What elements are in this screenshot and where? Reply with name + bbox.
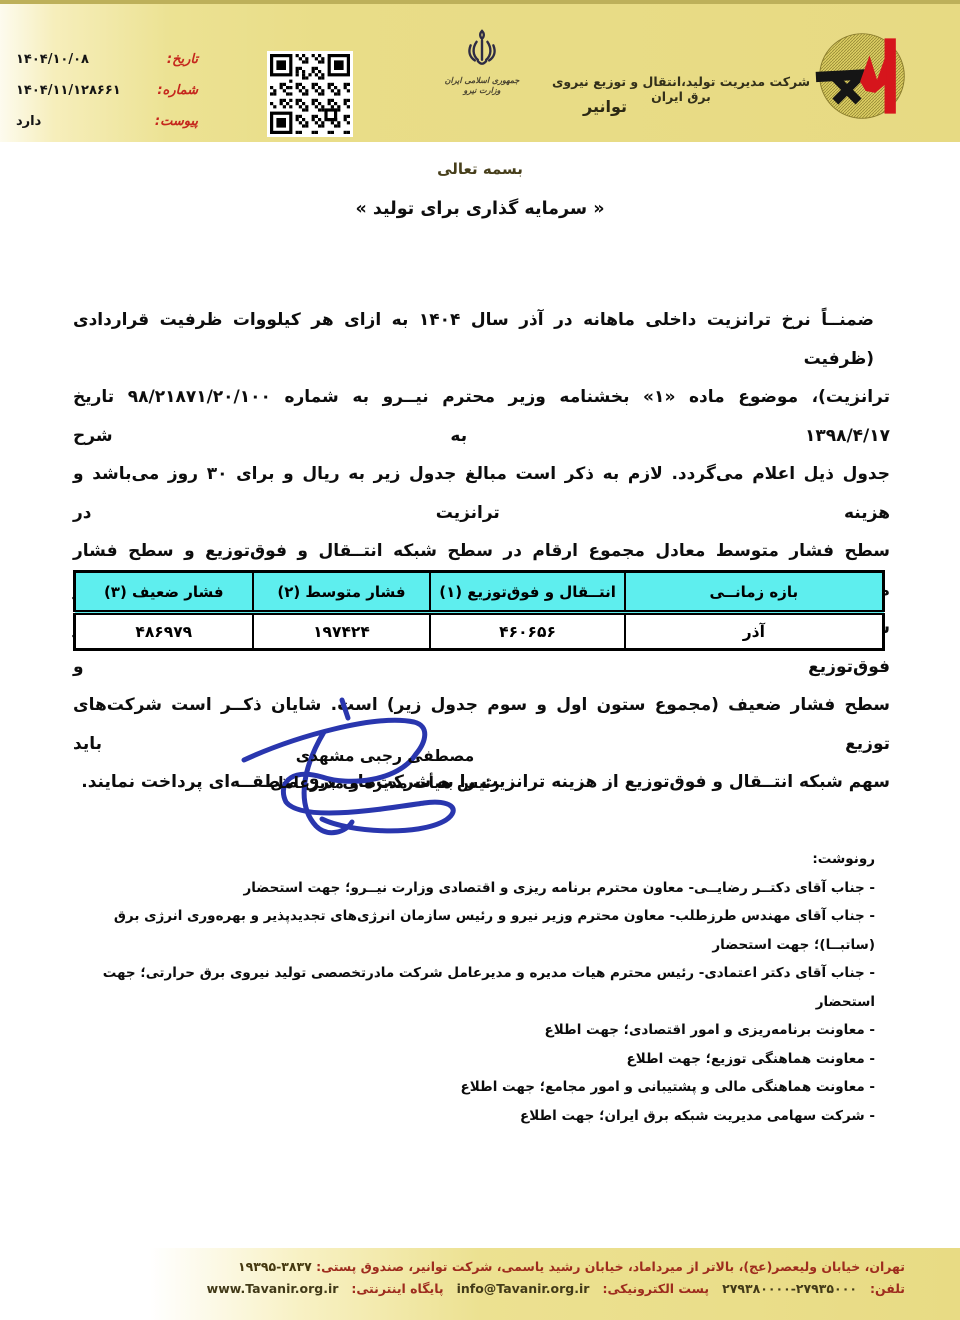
cc-item: - جناب آقای مهندس طرزطلب- معاون محترم وز… — [55, 902, 875, 959]
postal-code: ۱۹۳۹۵-۳۸۳۷ — [238, 1259, 312, 1274]
cc-item: - معاونت هماهنگی توزیع؛ جهت اطلاع — [55, 1045, 875, 1074]
emblem-caption-2: وزارت نیرو — [432, 86, 532, 96]
phone-value: ۲۷۹۳۸۰۰۰۰-۲۷۹۳۵۰۰۰ — [722, 1281, 857, 1296]
tariff-table: بازه زمانــی انتــقال و فوق‌توزیع (۱) فش… — [73, 570, 885, 651]
emblem-caption-1: جمهوری اسلامی ایران — [432, 76, 532, 86]
signature-block: مصطفی رجبی مشهدی رئیس هیأت مدیره و مدیرع… — [235, 747, 535, 792]
table-header-medium: فشار متوسط (۲) — [253, 572, 431, 613]
footer-band: تهران، خیابان ولیعصر(عج)، بالاتر از میرد… — [0, 1248, 960, 1320]
contact-line: تلفن: ۲۷۹۳۸۰۰۰۰-۲۷۹۳۵۰۰۰ پست الکترونیکی:… — [0, 1281, 905, 1296]
cc-item: - شرکت سهامی مدیریت شبکه برق ایران؛ جهت … — [55, 1102, 875, 1131]
qr-code — [267, 51, 353, 137]
cc-item: - جناب آقای دکتــر رضایــی- معاون محترم … — [55, 874, 875, 903]
letter-meta-fields: تاریخ: ۱۴۰۴/۱۰/۰۸ شماره: ۱۴۰۴/۱۱/۱۲۸۶۶۱ … — [16, 44, 198, 137]
table-header-low: فشار ضعیف (۳) — [75, 572, 253, 613]
date-field: تاریخ: ۱۴۰۴/۱۰/۰۸ — [16, 44, 198, 75]
iran-emblem-icon — [464, 26, 500, 72]
table-header-period: بازه زمانــی — [625, 572, 884, 613]
national-emblem: جمهوری اسلامی ایران وزارت نیرو — [432, 26, 532, 96]
body-line: ترانزیت)، موضوع ماده «۱» بخشنامه وزیر مح… — [73, 378, 890, 455]
email-label: پست الکترونیکی: — [602, 1281, 709, 1296]
address-label: تهران، خیابان ولیعصر(عج)، بالاتر از میرد… — [316, 1259, 905, 1274]
table-cell-transmission: ۴۶۰۶۵۶ — [430, 613, 624, 650]
website-value: www.Tavanir.org.ir — [207, 1281, 339, 1296]
body-paragraph: ضمنــاً نرخ ترانزیت داخلی ماهانه در آذر … — [73, 301, 890, 802]
website-label: پایگاه اینترنتی: — [351, 1281, 443, 1296]
signatory-title: رئیس هیأت مدیره و مدیرعامل — [235, 774, 535, 792]
cc-item: - معاونت هماهنگی مالی و پشتیبانی و امور … — [55, 1073, 875, 1102]
cc-item: - جناب آقای دکتر اعتمادی- رئیس محترم هیا… — [55, 959, 875, 1016]
letter-page: تاریخ: ۱۴۰۴/۱۰/۰۸ شماره: ۱۴۰۴/۱۱/۱۲۸۶۶۱ … — [0, 0, 960, 1320]
phone-label: تلفن: — [870, 1281, 905, 1296]
attachment-label: پیوست: — [155, 114, 198, 129]
table-header-row: بازه زمانــی انتــقال و فوق‌توزیع (۱) فش… — [75, 572, 884, 613]
cc-item: - معاونت برنامه‌ریزی و امور اقتصادی؛ جهت… — [55, 1016, 875, 1045]
tavanir-logo-icon — [815, 29, 909, 123]
cc-list: رونوشت: - جناب آقای دکتــر رضایــی- معاو… — [55, 845, 875, 1130]
table-cell-medium: ۱۹۷۴۲۴ — [253, 613, 431, 650]
basmala: بسمه تعالی — [0, 160, 960, 178]
signatory-name: مصطفی رجبی مشهدی — [235, 747, 535, 765]
date-value: ۱۴۰۴/۱۰/۰۸ — [16, 52, 89, 67]
table-row: آذر ۴۶۰۶۵۶ ۱۹۷۴۲۴ ۴۸۶۹۷۹ — [75, 613, 884, 650]
slogan-title: « سرمایه گذاری برای تولید » — [0, 199, 960, 219]
address-line: تهران، خیابان ولیعصر(عج)، بالاتر از میرد… — [0, 1259, 905, 1274]
email-value: info@Tavanir.org.ir — [457, 1281, 590, 1296]
table-cell-low: ۴۸۶۹۷۹ — [75, 613, 253, 650]
attachment-value: دارد — [16, 114, 41, 129]
number-field: شماره: ۱۴۰۴/۱۱/۱۲۸۶۶۱ — [16, 75, 198, 106]
table-header-transmission: انتــقال و فوق‌توزیع (۱) — [430, 572, 624, 613]
table-cell-period: آذر — [625, 613, 884, 650]
company-short-name: توانیر — [583, 97, 627, 116]
date-label: تاریخ: — [167, 52, 198, 67]
header-band: تاریخ: ۱۴۰۴/۱۰/۰۸ شماره: ۱۴۰۴/۱۱/۱۲۸۶۶۱ … — [0, 0, 960, 142]
attachment-field: پیوست: دارد — [16, 106, 198, 137]
body-line: ضمنــاً نرخ ترانزیت داخلی ماهانه در آذر … — [73, 301, 890, 378]
number-value: ۱۴۰۴/۱۱/۱۲۸۶۶۱ — [16, 83, 121, 98]
body-line: جدول ذیل اعلام می‌گردد. لازم به ذکر است … — [73, 455, 890, 532]
number-label: شماره: — [157, 83, 198, 98]
